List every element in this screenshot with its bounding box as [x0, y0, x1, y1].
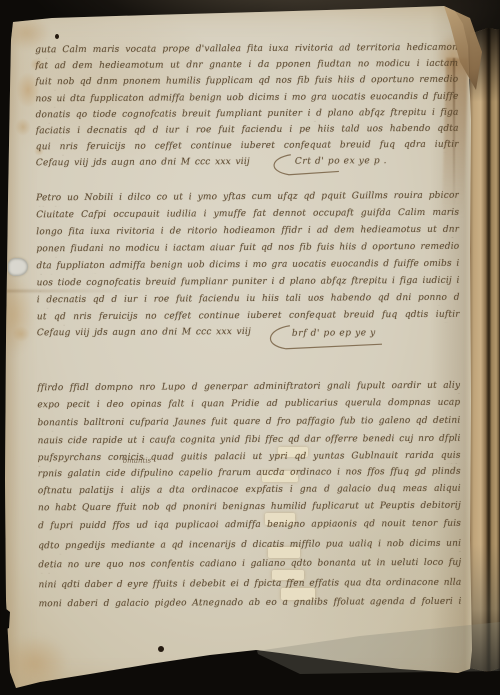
manuscript-line: qdto pngedijs mediante a qd incenarijs d…: [38, 538, 461, 555]
manuscript-line: no habt Quare ffuit nob qd pnoniri benig…: [38, 500, 461, 517]
ink-dot: [55, 34, 59, 39]
manuscript-line: uos tiode cognofcatis breuid fumplianr p…: [37, 275, 460, 292]
manuscript-line: pufspyrchans comicis quad guitis palacii…: [38, 450, 461, 467]
manuscript-line: detia no ure quo nos confentis cadiano i…: [38, 557, 461, 574]
manuscript-line: nos ui dta fupplicaton admiffa benign uo…: [35, 91, 458, 108]
manuscript-line: fuit nob qd dnm pnonem humilis fupplicam…: [35, 74, 458, 91]
manuscript-line: i decnatis qd d iur i roe fuit faciendu …: [37, 292, 460, 309]
manuscript-photograph: guta Calm maris vocata prope d'vallalea …: [0, 0, 500, 695]
manuscript-line: dta fuppliaton admiffa benign uob dicims…: [36, 258, 459, 275]
manuscript-line: d fupri puidd ffos ud iqa puplicaoi admi…: [38, 518, 461, 535]
manuscript-line: Petro uo Nobili i dilco co ut i ymo yfta…: [36, 190, 459, 207]
handwriting-layer: guta Calm maris vocata prope d'vallalea …: [0, 0, 500, 695]
manuscript-line: longo fita iuxa rivitoria i de ritorio h…: [36, 224, 459, 241]
manuscript-line: nini qdti daber d eyre ffuits i debebit …: [38, 577, 461, 594]
manuscript-line: nauis cide rapide ut i caufa cognita yni…: [38, 433, 461, 450]
manuscript-line: Ciuitate Cafpi occupauit iudilia i ymuff…: [36, 207, 459, 224]
manuscript-line: moni daberi d galacio pigdeo Atnegnado a…: [39, 596, 462, 613]
manuscript-line: ut qd nris feruicijs no ceffet continue …: [37, 309, 460, 326]
manuscript-line: qui nris feruicijs no ceffet continue iu…: [36, 139, 459, 156]
ink-blot: [158, 646, 164, 652]
manuscript-line: oftnatu palatijs i alijs a dta ordinacoe…: [38, 483, 461, 500]
manuscript-line: guta Calm maris vocata prope d'vallalea …: [35, 42, 458, 59]
registry-annotation: brf d' po ep ye y: [292, 328, 376, 339]
manuscript-line: expo pecit i deo opinas falt i quan Prid…: [37, 397, 460, 414]
manuscript-line: faciatis i decnatis qd d iur i roe fuit …: [36, 123, 459, 140]
manuscript-line: ponen fiudani no modicu i iactam aiuar f…: [36, 241, 459, 258]
manuscript-line: Cefaug viij jds augn ano dni M ccc xxx v…: [36, 156, 254, 171]
manuscript-line: fat ad dem hedieamotum ut dnr gnante i d…: [35, 58, 458, 75]
manuscript-line: rpnis galatin cide difpulino capelio fra…: [38, 466, 461, 483]
manuscript-line: Cefaug viij jds augn ano dni M ccc xxx v…: [37, 326, 255, 341]
interlinear-insertion: bmantis: [123, 457, 152, 465]
manuscript-line: bonantis balltroni cufparia Jaunes fuit …: [37, 415, 460, 432]
manuscript-line: ffirdo ffidl dompno nro Lupo d generpar …: [37, 380, 460, 397]
registry-annotation: Crt d' po ex ye p .: [295, 156, 387, 167]
manuscript-line: donatis qo tiode cognofcatis breuit fump…: [36, 107, 459, 124]
